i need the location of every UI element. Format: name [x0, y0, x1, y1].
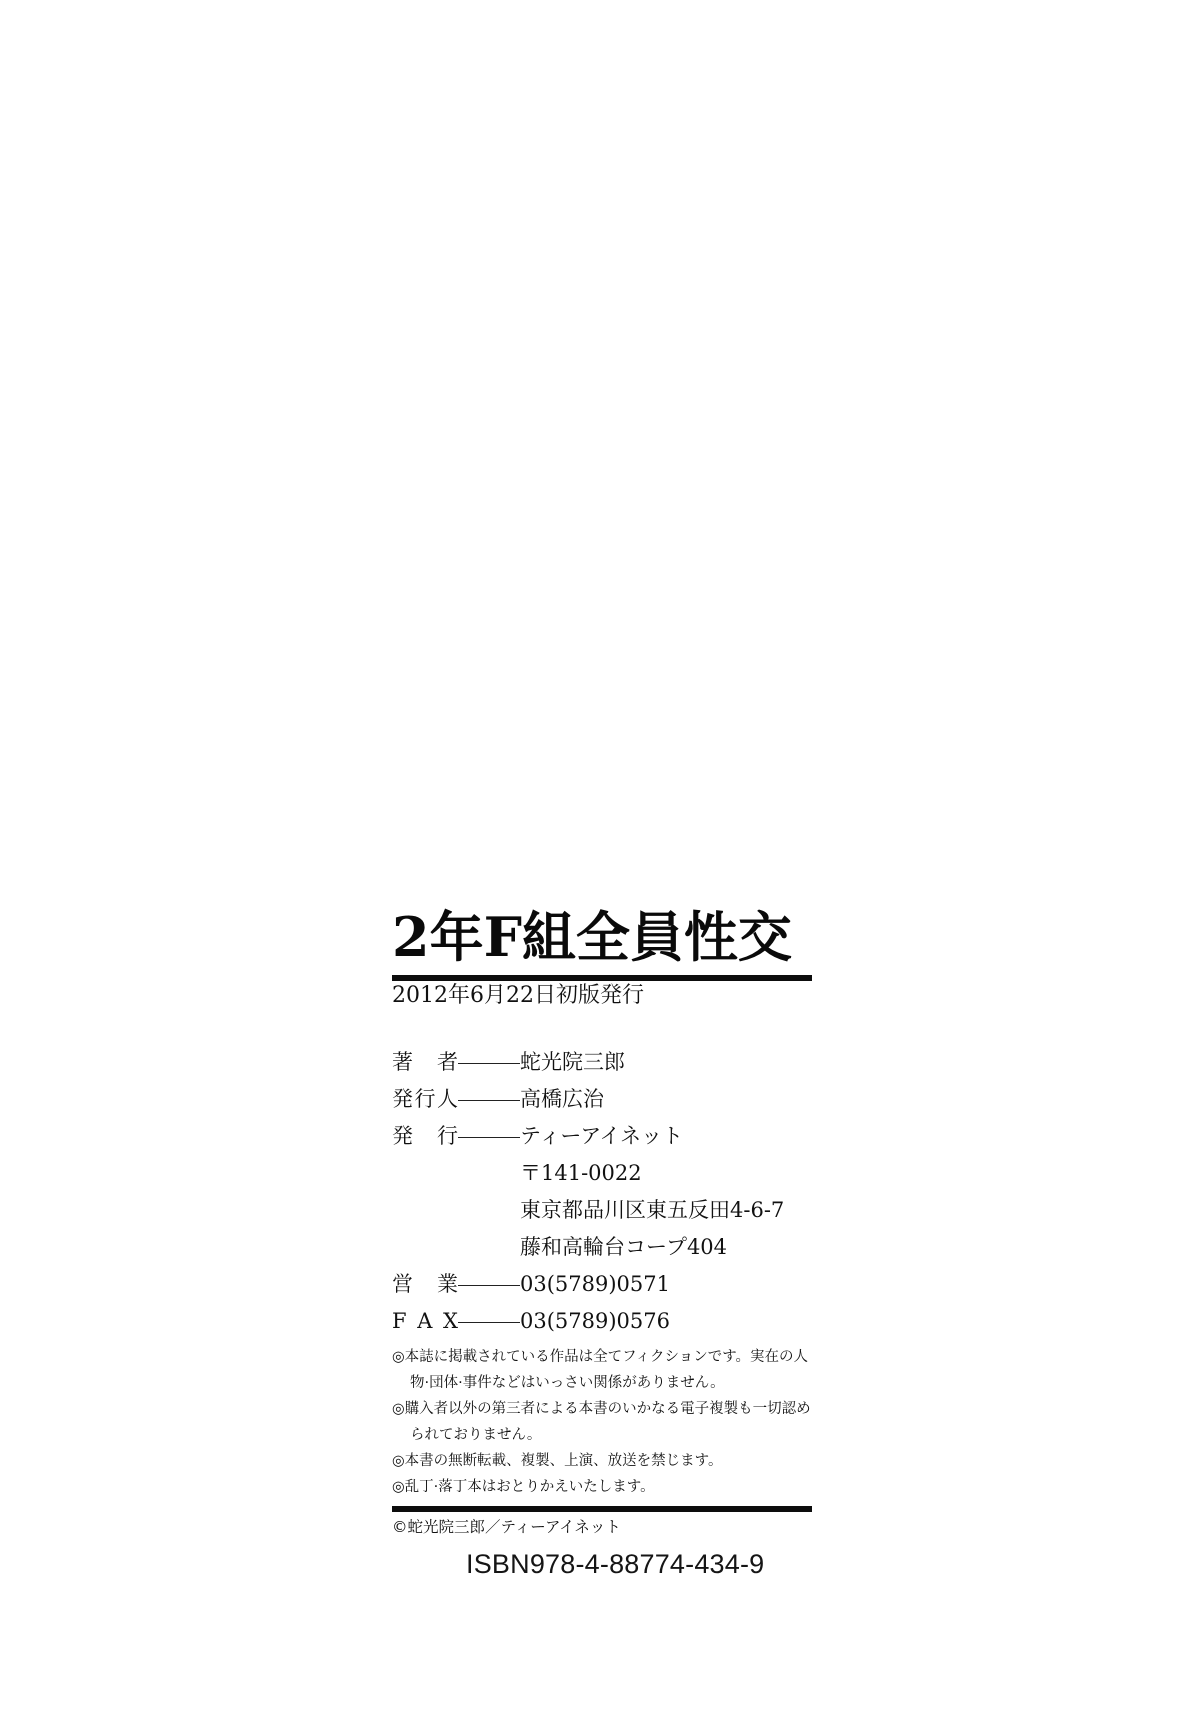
- credit-label: 発 行 人: [392, 1081, 458, 1118]
- address-postal-row: 〒141-0022: [392, 1155, 814, 1192]
- credit-publisher: 発 行 ティーアイネット: [392, 1118, 814, 1155]
- address-line1-row: 東京都品川区東五反田4-6-7: [392, 1192, 814, 1229]
- credit-label: 著 者: [392, 1044, 458, 1081]
- first-edition-date: 2012年6月22日初版発行: [392, 982, 814, 1010]
- credit-label: 発 行: [392, 1118, 458, 1155]
- colophon: 2年F組全員性交 2012年6月22日初版発行 著 者 蛇光院三郎 発 行 人 …: [392, 904, 814, 1582]
- title-rule: [392, 975, 812, 981]
- dash-separator: [458, 1266, 520, 1303]
- postal-code: 〒141-0022: [520, 1155, 814, 1192]
- credit-author: 著 者 蛇光院三郎: [392, 1044, 814, 1081]
- address-line1: 東京都品川区東五反田4-6-7: [520, 1192, 814, 1229]
- copyright: ©蛇光院三郎／ティーアイネット: [392, 1512, 814, 1542]
- contact-fax: F A X 03(5789)0576: [392, 1303, 814, 1340]
- note-digital-copy: ◎購入者以外の第三者による本書のいかなる電子複製も一切認められておりません。: [392, 1396, 814, 1448]
- author-name: 蛇光院三郎: [520, 1044, 814, 1081]
- contact-sales: 営 業 03(5789)0571: [392, 1266, 814, 1303]
- note-fiction: ◎本誌に掲載されている作品は全てフィクションです。実在の人物·団体·事件などはい…: [392, 1344, 814, 1396]
- credit-publisher-person: 発 行 人 高橋広治: [392, 1081, 814, 1118]
- address-line2-row: 藤和高輪台コープ404: [392, 1229, 814, 1266]
- note-reproduction: ◎本書の無断転載、複製、上演、放送を禁じます。: [392, 1448, 814, 1474]
- sales-phone: 03(5789)0571: [520, 1266, 814, 1303]
- dash-separator: [458, 1044, 520, 1081]
- isbn: ISBN978-4-88774-434-9: [392, 1546, 814, 1582]
- contact-label: 営 業: [392, 1266, 458, 1303]
- dash-separator: [458, 1118, 520, 1155]
- note-replacement: ◎乱丁·落丁本はおとりかえいたします。: [392, 1474, 814, 1500]
- legal-notes: ◎本誌に掲載されている作品は全てフィクションです。実在の人物·団体·事件などはい…: [392, 1344, 814, 1500]
- publication-info: 著 者 蛇光院三郎 発 行 人 高橋広治 発 行 ティーアイネット 〒: [392, 1044, 814, 1340]
- publisher-person-name: 高橋広治: [520, 1081, 814, 1118]
- contact-label: F A X: [392, 1303, 458, 1340]
- publisher-name: ティーアイネット: [520, 1118, 814, 1155]
- fax-number: 03(5789)0576: [520, 1303, 814, 1340]
- dash-separator: [458, 1303, 520, 1340]
- address-line2: 藤和高輪台コープ404: [520, 1229, 814, 1266]
- dash-separator: [458, 1081, 520, 1118]
- book-title: 2年F組全員性交: [392, 904, 814, 970]
